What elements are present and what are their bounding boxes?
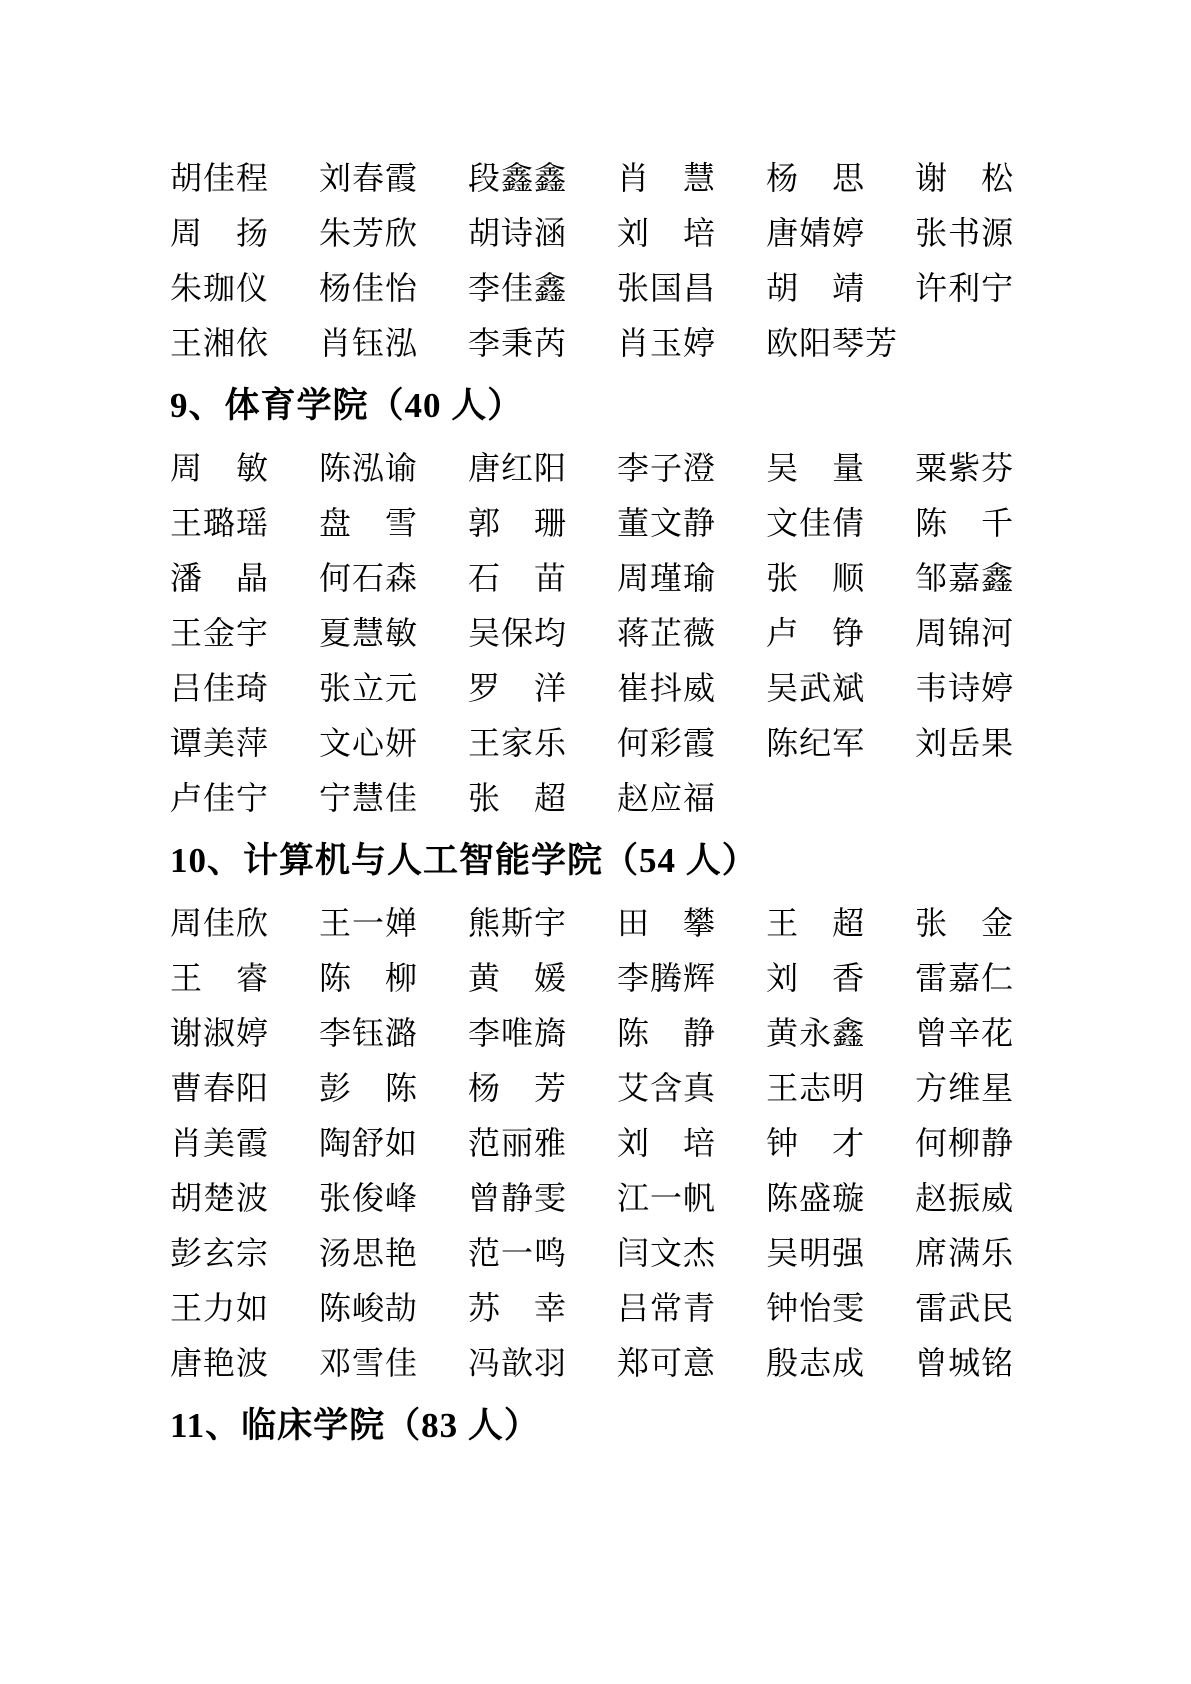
roster-content: 胡佳程刘春霞段鑫鑫肖 慧杨 思谢 松周 扬朱芳欣胡诗涵刘 培唐婧婷张书源朱珈仪杨… <box>170 148 1131 1458</box>
person-name: 王 超 <box>766 898 865 944</box>
person-name: 韦诗婷 <box>915 663 1014 709</box>
person-name: 刘 培 <box>617 1118 716 1164</box>
name-row: 王璐瑶盘 雪郭 珊董文静文佳倩陈 千 <box>170 493 1131 548</box>
name-row: 曹春阳彭 陈杨 芳艾含真王志明方维星 <box>170 1058 1131 1113</box>
person-name: 朱芳欣 <box>319 208 418 254</box>
person-name: 邓雪佳 <box>319 1338 418 1384</box>
person-name: 肖 慧 <box>617 153 716 199</box>
name-row: 周佳欣王一婵熊斯宇田 攀王 超张 金 <box>170 893 1131 948</box>
person-name: 刘 培 <box>617 208 716 254</box>
person-name: 李佳鑫 <box>468 263 567 309</box>
person-name: 彭玄宗 <box>170 1228 269 1274</box>
person-name: 王力如 <box>170 1283 269 1329</box>
person-name: 李钰潞 <box>319 1008 418 1054</box>
person-name: 赵应福 <box>617 773 716 819</box>
person-name: 夏慧敏 <box>319 608 418 654</box>
person-name: 李腾辉 <box>617 953 716 999</box>
person-name: 陶舒如 <box>319 1118 418 1164</box>
person-name: 张 金 <box>915 898 1014 944</box>
name-row: 谭美萍文心妍王家乐何彩霞陈纪军刘岳果 <box>170 713 1131 768</box>
person-name: 刘岳果 <box>915 718 1014 764</box>
person-name: 欧阳琴芳 <box>766 318 898 364</box>
person-name: 杨 芳 <box>468 1063 567 1109</box>
person-name: 罗 洋 <box>468 663 567 709</box>
person-name: 王金宇 <box>170 608 269 654</box>
person-name: 曾城铭 <box>915 1338 1014 1384</box>
name-row: 吕佳琦张立元罗 洋崔抖威吴武斌韦诗婷 <box>170 658 1131 713</box>
person-name: 唐艳波 <box>170 1338 269 1384</box>
person-name: 胡佳程 <box>170 153 269 199</box>
person-name: 殷志成 <box>766 1338 865 1384</box>
person-name: 李唯旖 <box>468 1008 567 1054</box>
person-name: 赵振威 <box>915 1173 1014 1219</box>
person-name: 张国昌 <box>617 263 716 309</box>
person-name: 黄永鑫 <box>766 1008 865 1054</box>
person-name: 谭美萍 <box>170 718 269 764</box>
person-name: 肖钰泓 <box>319 318 418 364</box>
person-name: 张书源 <box>915 208 1014 254</box>
person-name: 唐婧婷 <box>766 208 865 254</box>
person-name: 彭 陈 <box>319 1063 418 1109</box>
person-name: 雷武民 <box>915 1283 1014 1329</box>
person-name: 吕常青 <box>617 1283 716 1329</box>
person-name: 朱珈仪 <box>170 263 269 309</box>
person-name: 李子澄 <box>617 443 716 489</box>
person-name: 陈盛璇 <box>766 1173 865 1219</box>
person-name: 唐红阳 <box>468 443 567 489</box>
person-name: 石 苗 <box>468 553 567 599</box>
person-name: 吴保均 <box>468 608 567 654</box>
person-name: 董文静 <box>617 498 716 544</box>
person-name: 邹嘉鑫 <box>915 553 1014 599</box>
person-name: 王璐瑶 <box>170 498 269 544</box>
person-name: 张 顺 <box>766 553 865 599</box>
person-name: 陈 静 <box>617 1008 716 1054</box>
person-name: 吴武斌 <box>766 663 865 709</box>
person-name: 周佳欣 <box>170 898 269 944</box>
person-name: 陈泓谕 <box>319 443 418 489</box>
person-name: 吴明强 <box>766 1228 865 1274</box>
person-name: 蒋芷薇 <box>617 608 716 654</box>
person-name: 胡诗涵 <box>468 208 567 254</box>
person-name: 范一鸣 <box>468 1228 567 1274</box>
name-row: 谢淑婷李钰潞李唯旖陈 静黄永鑫曾辛花 <box>170 1003 1131 1058</box>
person-name: 周锦河 <box>915 608 1014 654</box>
person-name: 艾含真 <box>617 1063 716 1109</box>
person-name: 张立元 <box>319 663 418 709</box>
person-name: 何石森 <box>319 553 418 599</box>
person-name: 肖美霞 <box>170 1118 269 1164</box>
name-row: 朱珈仪杨佳怡李佳鑫张国昌胡 靖许利宁 <box>170 258 1131 313</box>
person-name: 张 超 <box>468 773 567 819</box>
person-name: 潘 晶 <box>170 553 269 599</box>
person-name: 王志明 <box>766 1063 865 1109</box>
name-row: 唐艳波邓雪佳冯歆羽郑可意殷志成曾城铭 <box>170 1333 1131 1388</box>
person-name: 刘 香 <box>766 953 865 999</box>
name-row: 胡楚波张俊峰曾静雯江一帆陈盛璇赵振威 <box>170 1168 1131 1223</box>
person-name: 钟怡雯 <box>766 1283 865 1329</box>
person-name: 何彩霞 <box>617 718 716 764</box>
section-heading: 11、临床学院（83 人） <box>170 1388 1131 1458</box>
person-name: 闫文杰 <box>617 1228 716 1274</box>
person-name: 方维星 <box>915 1063 1014 1109</box>
person-name: 苏 幸 <box>468 1283 567 1329</box>
person-name: 熊斯宇 <box>468 898 567 944</box>
document-page: 胡佳程刘春霞段鑫鑫肖 慧杨 思谢 松周 扬朱芳欣胡诗涵刘 培唐婧婷张书源朱珈仪杨… <box>0 0 1191 1684</box>
person-name: 雷嘉仁 <box>915 953 1014 999</box>
name-row: 周 扬朱芳欣胡诗涵刘 培唐婧婷张书源 <box>170 203 1131 258</box>
person-name: 谢淑婷 <box>170 1008 269 1054</box>
person-name: 陈峻劼 <box>319 1283 418 1329</box>
person-name: 许利宁 <box>915 263 1014 309</box>
person-name: 周 扬 <box>170 208 269 254</box>
name-row: 王湘依肖钰泓李秉芮肖玉婷欧阳琴芳 <box>170 313 1131 368</box>
section-heading: 9、体育学院（40 人） <box>170 368 1131 438</box>
person-name: 曾辛花 <box>915 1008 1014 1054</box>
section-heading: 10、计算机与人工智能学院（54 人） <box>170 823 1131 893</box>
person-name: 吴 量 <box>766 443 865 489</box>
person-name: 席满乐 <box>915 1228 1014 1274</box>
person-name: 郑可意 <box>617 1338 716 1384</box>
person-name: 冯歆羽 <box>468 1338 567 1384</box>
person-name: 王湘依 <box>170 318 269 364</box>
person-name: 曹春阳 <box>170 1063 269 1109</box>
person-name: 陈 柳 <box>319 953 418 999</box>
person-name: 段鑫鑫 <box>468 153 567 199</box>
name-row: 胡佳程刘春霞段鑫鑫肖 慧杨 思谢 松 <box>170 148 1131 203</box>
person-name: 文心妍 <box>319 718 418 764</box>
person-name: 李秉芮 <box>468 318 567 364</box>
name-row: 王 睿陈 柳黄 媛李腾辉刘 香雷嘉仁 <box>170 948 1131 1003</box>
name-row: 潘 晶何石森石 苗周瑾瑜张 顺邹嘉鑫 <box>170 548 1131 603</box>
person-name: 肖玉婷 <box>617 318 716 364</box>
person-name: 范丽雅 <box>468 1118 567 1164</box>
person-name: 崔抖威 <box>617 663 716 709</box>
person-name: 刘春霞 <box>319 153 418 199</box>
person-name: 杨 思 <box>766 153 865 199</box>
person-name: 江一帆 <box>617 1173 716 1219</box>
person-name: 盘 雪 <box>319 498 418 544</box>
person-name: 曾静雯 <box>468 1173 567 1219</box>
name-row: 彭玄宗汤思艳范一鸣闫文杰吴明强席满乐 <box>170 1223 1131 1278</box>
person-name: 卢 铮 <box>766 608 865 654</box>
person-name: 张俊峰 <box>319 1173 418 1219</box>
person-name: 吕佳琦 <box>170 663 269 709</box>
person-name: 陈 千 <box>915 498 1014 544</box>
person-name: 胡楚波 <box>170 1173 269 1219</box>
person-name: 文佳倩 <box>766 498 865 544</box>
name-row: 王金宇夏慧敏吴保均蒋芷薇卢 铮周锦河 <box>170 603 1131 658</box>
person-name: 汤思艳 <box>319 1228 418 1274</box>
person-name: 何柳静 <box>915 1118 1014 1164</box>
person-name: 胡 靖 <box>766 263 865 309</box>
person-name: 卢佳宁 <box>170 773 269 819</box>
name-row: 周 敏陈泓谕唐红阳李子澄吴 量粟紫芬 <box>170 438 1131 493</box>
person-name: 周 敏 <box>170 443 269 489</box>
person-name: 王一婵 <box>319 898 418 944</box>
name-row: 王力如陈峻劼苏 幸吕常青钟怡雯雷武民 <box>170 1278 1131 1333</box>
person-name: 陈纪军 <box>766 718 865 764</box>
person-name: 周瑾瑜 <box>617 553 716 599</box>
person-name: 郭 珊 <box>468 498 567 544</box>
person-name: 钟 才 <box>766 1118 865 1164</box>
person-name: 黄 媛 <box>468 953 567 999</box>
person-name: 田 攀 <box>617 898 716 944</box>
person-name: 王 睿 <box>170 953 269 999</box>
person-name: 王家乐 <box>468 718 567 764</box>
name-row: 卢佳宁宁慧佳张 超赵应福 <box>170 768 1131 823</box>
person-name: 杨佳怡 <box>319 263 418 309</box>
name-row: 肖美霞陶舒如范丽雅刘 培钟 才何柳静 <box>170 1113 1131 1168</box>
person-name: 宁慧佳 <box>319 773 418 819</box>
person-name: 粟紫芬 <box>915 443 1014 489</box>
person-name: 谢 松 <box>915 153 1014 199</box>
